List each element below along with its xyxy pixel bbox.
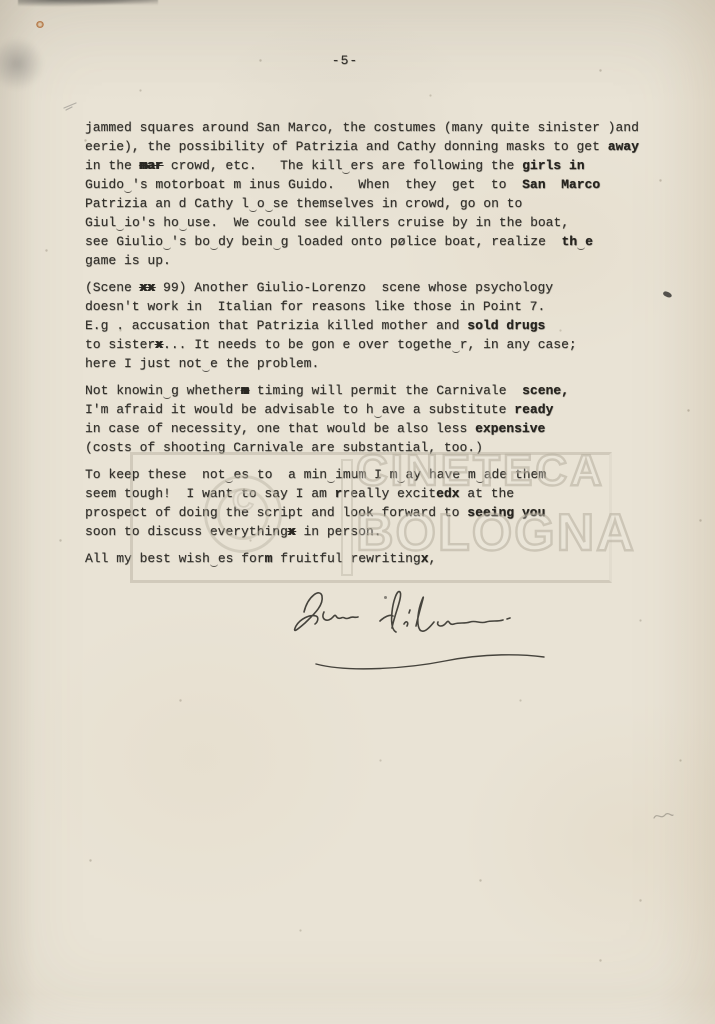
paragraph: (Scene xx 99) Another Giulio-Lorenzo sce… [85, 278, 685, 373]
pencil-mark [62, 99, 80, 111]
typewriter-tie-mark [225, 478, 233, 483]
text-line: Giulio's house. We could see killers cru… [85, 213, 685, 232]
top-edge-stain [18, 0, 158, 9]
text-line: in case of necessity, one that would be … [85, 419, 685, 438]
typewriter-tie-mark [202, 367, 210, 372]
scanned-letter-page: -5- jammed squares around San Marco, the… [0, 0, 715, 1024]
signature-underline [316, 655, 544, 669]
text-line: to sisterx... It needs to be gon e over … [85, 335, 685, 354]
paragraph: Not knowing whetherm timing will permit … [85, 381, 685, 457]
text-line: To keep these notes to a minimum I may h… [85, 465, 685, 484]
surname-handwriting [380, 592, 510, 632]
typewriter-tie-mark [327, 478, 335, 483]
typewriter-tie-mark [249, 207, 257, 212]
paragraph: To keep these notes to a minimum I may h… [85, 465, 685, 541]
typewriter-tie-mark [163, 394, 171, 399]
text-line: E.g . accusation that Patrizia killed mo… [85, 316, 685, 335]
text-line: doesn't work in Italian for reasons like… [85, 297, 685, 316]
page-number: -5- [0, 53, 690, 68]
typewriter-tie-mark [210, 562, 218, 567]
text-line: Patrizia an d Cathy lose themselves in c… [85, 194, 685, 213]
text-line: game is up. [85, 251, 685, 270]
typewriter-tie-mark [265, 207, 273, 212]
typewriter-tie-mark [577, 245, 585, 250]
typewriter-tie-mark [210, 245, 218, 250]
valediction-yours-handwriting [295, 593, 358, 631]
text-line: (Scene xx 99) Another Giulio-Lorenzo sce… [85, 278, 685, 297]
text-line: I'm afraid it would be advisable to have… [85, 400, 685, 419]
typewriter-tie-mark [476, 478, 484, 483]
text-line: prospect of doing the script and look fo… [85, 503, 685, 522]
typewriter-tie-mark [273, 245, 281, 250]
small-squiggle-mark [652, 809, 676, 823]
text-line: here I just note the problem. [85, 354, 685, 373]
text-line: (costs of shooting Carnivale are substan… [85, 438, 685, 457]
text-line: Guido's motorboat m inus Guido. When the… [85, 175, 685, 194]
rust-spot [36, 21, 44, 28]
paper-specks [0, 0, 1, 1]
typewriter-tie-mark [124, 188, 132, 193]
handwritten-signature [280, 580, 570, 680]
typewriter-tie-mark [397, 478, 405, 483]
text-line: jammed squares around San Marco, the cos… [85, 118, 685, 137]
text-line: seem tough! I want to say I am rreally e… [85, 484, 685, 503]
typewriter-tie-mark [452, 348, 460, 353]
paragraph: All my best wishes form fruitful rewriti… [85, 549, 685, 568]
text-line: soon to discuss everythingx in person. [85, 522, 685, 541]
text-line: see Giulio's body being loaded onto pøli… [85, 232, 685, 251]
text-line: eerie), the possibility of Patrizia and … [85, 137, 685, 156]
typewriter-tie-mark [163, 245, 171, 250]
typewriter-tie-mark [374, 413, 382, 418]
letter-body: jammed squares around San Marco, the cos… [85, 118, 685, 576]
typewriter-tie-mark [342, 169, 350, 174]
text-line: All my best wishes form fruitful rewriti… [85, 549, 685, 568]
text-line: in the mar crowd, etc. The killers are f… [85, 156, 685, 175]
text-line: Not knowing whetherm timing will permit … [85, 381, 685, 400]
paragraph: jammed squares around San Marco, the cos… [85, 118, 685, 270]
typewriter-tie-mark [116, 226, 124, 231]
typewriter-tie-mark [179, 226, 187, 231]
